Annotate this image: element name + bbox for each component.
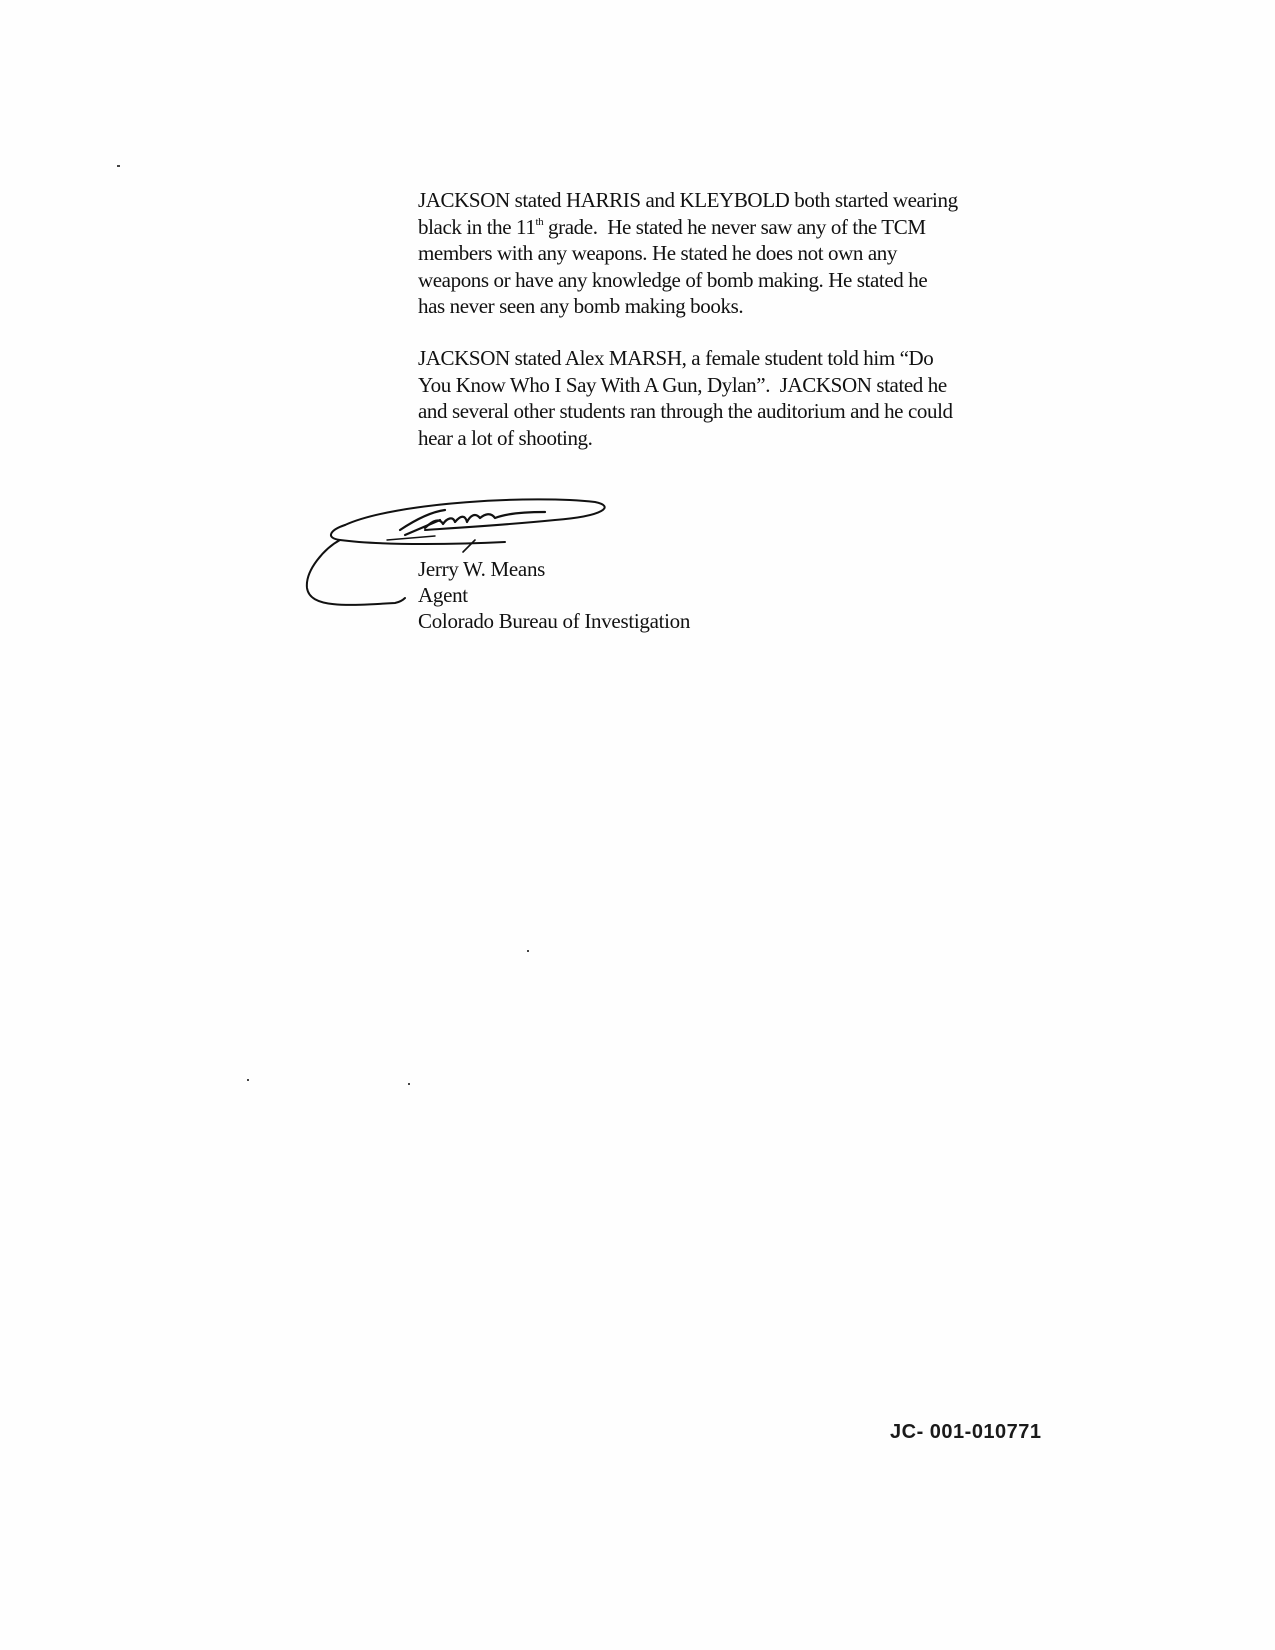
paragraph-2: JACKSON stated Alex MARSH, a female stud… — [418, 345, 1038, 451]
scan-speck — [527, 950, 529, 952]
paragraph-line: weapons or have any knowledge of bomb ma… — [418, 267, 1038, 294]
signature-block: Jerry W. Means Agent Colorado Bureau of … — [418, 556, 690, 634]
paragraph-line: and several other students ran through t… — [418, 398, 1038, 425]
scan-speck — [117, 165, 120, 167]
document-page: JACKSON stated HARRIS and KLEYBOLD both … — [0, 0, 1275, 1650]
bates-number: JC- 001-010771 — [890, 1421, 1042, 1444]
scan-speck — [408, 1083, 410, 1085]
text-run: grade. He stated he never saw any of the… — [543, 215, 925, 239]
paragraph-line: JACKSON stated HARRIS and KLEYBOLD both … — [418, 187, 1038, 214]
signer-title: Agent — [418, 582, 690, 608]
paragraph-line: hear a lot of shooting. — [418, 425, 1038, 452]
scan-speck — [247, 1079, 249, 1081]
text-run: black in the 11 — [418, 215, 535, 239]
paragraph-line: JACKSON stated Alex MARSH, a female stud… — [418, 345, 1038, 372]
signer-organization: Colorado Bureau of Investigation — [418, 608, 690, 634]
paragraph-line: black in the 11th grade. He stated he ne… — [418, 214, 1038, 241]
paragraph-line: You Know Who I Say With A Gun, Dylan”. J… — [418, 372, 1038, 399]
paragraph-1: JACKSON stated HARRIS and KLEYBOLD both … — [418, 187, 1038, 320]
paragraph-line: members with any weapons. He stated he d… — [418, 240, 1038, 267]
signer-name: Jerry W. Means — [418, 556, 690, 582]
paragraph-line: has never seen any bomb making books. — [418, 293, 1038, 320]
